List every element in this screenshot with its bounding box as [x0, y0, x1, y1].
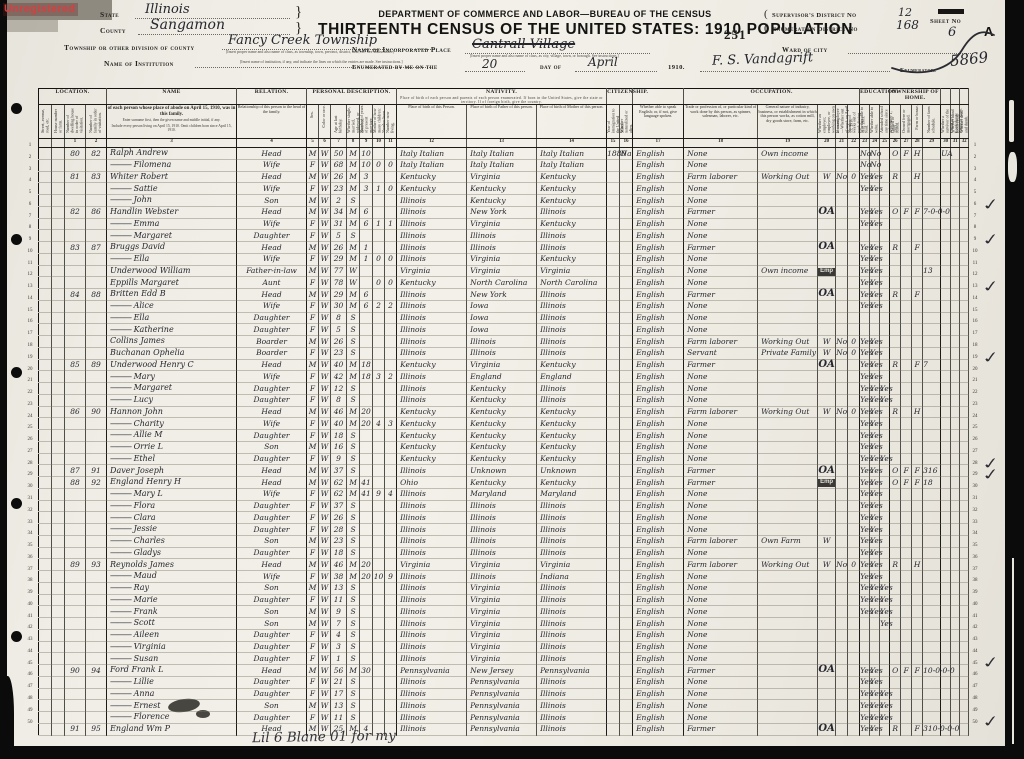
- ditto-mark: ———: [110, 195, 131, 204]
- cell-blind: [951, 383, 960, 395]
- cell-age: 77: [331, 265, 347, 277]
- cell-pobm: Illinois: [537, 500, 607, 512]
- cell-street: [39, 641, 52, 653]
- cell-ow: [836, 512, 848, 524]
- cell-imm: [607, 629, 620, 641]
- cell-name: ——— Ethel: [107, 453, 237, 465]
- cell-pobm: Illinois: [537, 700, 607, 712]
- cell-wr: Yes: [870, 676, 880, 688]
- cell-pobf: Virginia: [467, 629, 537, 641]
- cell-nat: [620, 641, 633, 653]
- cell-own: [890, 300, 901, 312]
- name-header-text: of each person whose place of abode on A…: [107, 106, 236, 117]
- cell-yrs: [360, 324, 373, 336]
- cell-trade: None: [684, 582, 758, 594]
- line-number: 20: [969, 367, 981, 379]
- cell-cb: 9: [373, 488, 385, 500]
- cell-rel: Father-in-law: [237, 265, 307, 277]
- cell-nat: [620, 571, 633, 583]
- cell-street: [39, 582, 52, 594]
- cell-mar: M: [347, 242, 360, 254]
- line-number: 17: [969, 331, 981, 343]
- cell-fam: [86, 253, 107, 265]
- cell-blind: [951, 582, 960, 594]
- cell-emp: [818, 218, 836, 230]
- cell-pob: Illinois: [397, 300, 467, 312]
- line-number: 32: [969, 508, 981, 520]
- cell-blind: [951, 465, 960, 477]
- census-row: ——— EllaDaughterFW8SIllinoisIowaIllinois…: [39, 312, 969, 324]
- cell-cl: [385, 712, 397, 724]
- cell-imm: [607, 618, 620, 630]
- cell-cb: [373, 500, 385, 512]
- cell-ind: [758, 195, 818, 207]
- cell-cb: [373, 359, 385, 371]
- cell-ind: [758, 618, 818, 630]
- cell-deaf: [960, 383, 969, 395]
- cell-fs: [923, 171, 941, 183]
- cell-dw: [65, 394, 86, 406]
- cell-trade: Farmer: [684, 465, 758, 477]
- cell-cl: [385, 606, 397, 618]
- cell-fam: 89: [86, 359, 107, 371]
- cell-street: [39, 336, 52, 348]
- cell-ind: [758, 159, 818, 171]
- cell-emp: OA: [818, 723, 836, 735]
- cell-fh: H: [912, 171, 923, 183]
- cell-vet: [941, 289, 951, 301]
- cell-pobf: Kentucky: [467, 453, 537, 465]
- cell-street: [39, 524, 52, 536]
- cell-street: [39, 712, 52, 724]
- scan-corner-shadow-2: [0, 20, 58, 32]
- cell-pobm: Illinois: [537, 582, 607, 594]
- cell-trade: None: [684, 594, 758, 606]
- cell-street: [39, 406, 52, 418]
- cell-name: ——— Mary: [107, 371, 237, 383]
- cell-nat: [620, 312, 633, 324]
- cell-name: ——— Katherine: [107, 324, 237, 336]
- cell-blind: [951, 394, 960, 406]
- cell-rd: No: [860, 148, 870, 160]
- cell-pob: Illinois: [397, 606, 467, 618]
- line-number-rail-left: 1234567891011121314151617181920212223242…: [24, 143, 36, 731]
- cell-lang: English: [633, 653, 684, 665]
- cell-fs: [923, 512, 941, 524]
- cell-wks: [848, 359, 860, 371]
- cell-lang: English: [633, 183, 684, 195]
- cell-nat: [620, 418, 633, 430]
- census-row: ——— CharityWifeFW40M2043KentuckyKentucky…: [39, 418, 969, 430]
- cell-ow: [836, 230, 848, 242]
- cell-own: O: [890, 465, 901, 477]
- cell-pobm: Kentucky: [537, 171, 607, 183]
- cell-trade: None: [684, 688, 758, 700]
- cell-ind: [758, 312, 818, 324]
- cell-sex: F: [307, 629, 319, 641]
- cell-wr: Yes: [870, 559, 880, 571]
- cell-fam: [86, 606, 107, 618]
- cell-house: [52, 206, 65, 218]
- cell-cl: 3: [385, 418, 397, 430]
- cell-sex: M: [307, 582, 319, 594]
- cell-deaf: [960, 195, 969, 207]
- cell-sc: Yes: [880, 712, 890, 724]
- line-number: 48: [24, 696, 36, 708]
- cell-yrs: [360, 594, 373, 606]
- cell-pobm: Unknown: [537, 465, 607, 477]
- cell-cb: [373, 430, 385, 442]
- cell-age: 4: [331, 629, 347, 641]
- year-label: 1910.: [668, 64, 685, 71]
- cell-blind: [951, 418, 960, 430]
- cell-vet: [941, 230, 951, 242]
- cell-wr: Yes: [870, 535, 880, 547]
- cell-pobm: Illinois: [537, 512, 607, 524]
- cell-ind: [758, 418, 818, 430]
- cell-name: Collins James: [107, 336, 237, 348]
- cell-dw: [65, 547, 86, 559]
- cell-ow: [836, 359, 848, 371]
- cell-fm: [901, 488, 912, 500]
- cell-nat: [620, 653, 633, 665]
- cell-wks: [848, 547, 860, 559]
- cell-pob: Kentucky: [397, 453, 467, 465]
- cell-trade: None: [684, 195, 758, 207]
- cell-nat: [620, 629, 633, 641]
- cell-sex: M: [307, 148, 319, 160]
- cell-pobm: Illinois: [537, 300, 607, 312]
- cell-ow: [836, 653, 848, 665]
- line-number: 4: [969, 178, 981, 190]
- county-value: Sangamon: [150, 17, 225, 33]
- cell-deaf: [960, 665, 969, 677]
- cell-wks: [848, 195, 860, 207]
- cell-pob: Illinois: [397, 629, 467, 641]
- cell-fs: [923, 641, 941, 653]
- cell-cl: [385, 618, 397, 630]
- cell-blind: [951, 206, 960, 218]
- column-header-deaf: Whether deaf and dumb.: [960, 105, 969, 139]
- cell-rd: Yes: [860, 594, 870, 606]
- cell-house: [52, 606, 65, 618]
- cell-fs: 10-0-0-0: [923, 665, 941, 677]
- cell-imm: [607, 700, 620, 712]
- cell-blind: [951, 547, 960, 559]
- cell-trade: None: [684, 253, 758, 265]
- cell-pob: Kentucky: [397, 359, 467, 371]
- cell-cb: [373, 559, 385, 571]
- cell-imm: [607, 324, 620, 336]
- line-number: 28: [969, 461, 981, 473]
- cell-vet: [941, 265, 951, 277]
- cell-fs: [923, 547, 941, 559]
- cell-pobf: Kentucky: [467, 183, 537, 195]
- cell-house: [52, 441, 65, 453]
- cell-emp: [818, 383, 836, 395]
- cell-emp: [818, 700, 836, 712]
- cell-lang: English: [633, 418, 684, 430]
- cell-blind: [951, 688, 960, 700]
- cell-lang: English: [633, 206, 684, 218]
- cell-fam: [86, 676, 107, 688]
- cell-sex: F: [307, 524, 319, 536]
- cell-cl: 0: [385, 277, 397, 289]
- cell-wr: Yes: [870, 218, 880, 230]
- cell-rel: Daughter: [237, 500, 307, 512]
- cell-imm: [607, 371, 620, 383]
- cell-rel: Son: [237, 618, 307, 630]
- cell-emp: [818, 712, 836, 724]
- cell-dw: 91: [65, 723, 86, 735]
- cell-rel: Head: [237, 289, 307, 301]
- cell-rel: Head: [237, 206, 307, 218]
- cell-fm: [901, 289, 912, 301]
- cell-age: 34: [331, 206, 347, 218]
- cell-name: ——— Ella: [107, 312, 237, 324]
- cell-vet: [941, 430, 951, 442]
- cell-color: W: [319, 371, 331, 383]
- cell-nat: [620, 441, 633, 453]
- cell-fam: 87: [86, 242, 107, 254]
- cell-color: W: [319, 535, 331, 547]
- cell-yrs: [360, 512, 373, 524]
- cell-rd: Yes: [860, 571, 870, 583]
- cell-rd: Yes: [860, 206, 870, 218]
- line-number: 32: [24, 508, 36, 520]
- cell-lang: English: [633, 265, 684, 277]
- line-number: 35: [24, 543, 36, 555]
- cell-color: W: [319, 383, 331, 395]
- cell-mar: S: [347, 629, 360, 641]
- cell-pob: Illinois: [397, 700, 467, 712]
- cell-mar: M: [347, 159, 360, 171]
- cell-nat: [620, 430, 633, 442]
- cell-fs: [923, 148, 941, 160]
- cell-sc: [880, 312, 890, 324]
- cell-color: W: [319, 406, 331, 418]
- cell-cl: [385, 453, 397, 465]
- line-number-rail-right: 1234567891011121314151617181920212223242…: [969, 143, 981, 731]
- line-number: 11: [969, 261, 981, 273]
- cell-wr: Yes: [870, 571, 880, 583]
- cell-lang: English: [633, 195, 684, 207]
- cell-mar: M: [347, 488, 360, 500]
- cell-fam: [86, 324, 107, 336]
- cell-fam: [86, 547, 107, 559]
- cell-sc: [880, 230, 890, 242]
- cell-pobf: Virginia: [467, 171, 537, 183]
- cell-mar: S: [347, 347, 360, 359]
- cell-wks: [848, 512, 860, 524]
- cell-wr: Yes: [870, 665, 880, 677]
- cell-age: 38: [331, 571, 347, 583]
- cell-fs: [923, 253, 941, 265]
- cell-trade: Farm laborer: [684, 535, 758, 547]
- cell-own: [890, 277, 901, 289]
- column-number: 24: [870, 139, 880, 148]
- cell-ow: [836, 488, 848, 500]
- cell-imm: [607, 641, 620, 653]
- cell-fs: [923, 336, 941, 348]
- cell-ow: [836, 265, 848, 277]
- line-number: 2: [24, 155, 36, 167]
- cell-sex: F: [307, 512, 319, 524]
- cell-color: W: [319, 712, 331, 724]
- cell-color: W: [319, 183, 331, 195]
- cell-fs: [923, 347, 941, 359]
- cell-rd: [860, 641, 870, 653]
- column-group-header: RELATION.: [237, 89, 307, 105]
- line-number: 10: [24, 249, 36, 261]
- cell-lang: English: [633, 700, 684, 712]
- column-number: 8: [347, 139, 360, 148]
- cell-cb: [373, 477, 385, 489]
- cell-pob: Illinois: [397, 465, 467, 477]
- cell-street: [39, 488, 52, 500]
- cell-fh: [912, 312, 923, 324]
- line-number: 9: [24, 237, 36, 249]
- column-header-cl: Number now living.: [385, 105, 397, 139]
- cell-sex: M: [307, 406, 319, 418]
- cell-mar: S: [347, 653, 360, 665]
- cell-fam: [86, 512, 107, 524]
- cell-imm: [607, 524, 620, 536]
- cell-imm: [607, 383, 620, 395]
- cell-blind: [951, 195, 960, 207]
- cell-wr: Yes: [870, 430, 880, 442]
- cell-yrs: 6: [360, 206, 373, 218]
- cell-rd: Yes: [860, 289, 870, 301]
- cell-emp: [818, 629, 836, 641]
- column-group-header: PERSONAL DESCRIPTION.: [307, 89, 397, 105]
- cell-wr: Yes: [870, 359, 880, 371]
- column-header-yrs: Number of years of present marriage.: [360, 105, 373, 139]
- cell-nat: [620, 218, 633, 230]
- column-header-age: Age at last birthday.: [331, 105, 347, 139]
- cell-color: W: [319, 688, 331, 700]
- cell-street: [39, 148, 52, 160]
- cell-color: W: [319, 618, 331, 630]
- cell-pobf: Pennsylvania: [467, 688, 537, 700]
- cell-fs: [923, 371, 941, 383]
- cell-vet: [941, 441, 951, 453]
- cell-fs: [923, 418, 941, 430]
- cell-rel: Daughter: [237, 641, 307, 653]
- cell-fh: [912, 535, 923, 547]
- cell-trade: None: [684, 277, 758, 289]
- cell-vet: [941, 571, 951, 583]
- cell-fam: [86, 582, 107, 594]
- cell-rd: Yes: [860, 218, 870, 230]
- cell-ind: Working Out: [758, 336, 818, 348]
- line-number: 42: [24, 625, 36, 637]
- line-number: 45: [969, 661, 981, 673]
- column-header-fam: Number of family in order of visitation.: [86, 105, 107, 139]
- cell-nat: [620, 535, 633, 547]
- cell-yrs: [360, 453, 373, 465]
- column-header-color: Color or race.: [319, 105, 331, 139]
- cell-fs: 310-0-0-0: [923, 723, 941, 735]
- line-number: 41: [24, 614, 36, 626]
- cell-color: W: [319, 277, 331, 289]
- cell-house: [52, 524, 65, 536]
- cell-yrs: 20: [360, 418, 373, 430]
- cell-rd: [860, 324, 870, 336]
- cell-pobf: Illinois: [467, 571, 537, 583]
- cell-cl: [385, 383, 397, 395]
- cell-sc: Yes: [880, 582, 890, 594]
- cell-fam: [86, 641, 107, 653]
- cell-blind: [951, 406, 960, 418]
- cell-blind: [951, 289, 960, 301]
- cell-color: W: [319, 159, 331, 171]
- cell-vet: [941, 688, 951, 700]
- cell-nat: [620, 512, 633, 524]
- cell-name: ——— Anna: [107, 688, 237, 700]
- cell-dw: [65, 594, 86, 606]
- cell-deaf: [960, 594, 969, 606]
- line-number: 27: [24, 449, 36, 461]
- cell-sex: M: [307, 535, 319, 547]
- cell-lang: English: [633, 500, 684, 512]
- cell-pobf: Pennsylvania: [467, 723, 537, 735]
- cell-pobm: Kentucky: [537, 218, 607, 230]
- cell-cl: 2: [385, 300, 397, 312]
- employer-stamp: Emp: [818, 479, 835, 487]
- cell-wr: Yes: [870, 441, 880, 453]
- cell-emp: [818, 195, 836, 207]
- cell-own: O: [890, 477, 901, 489]
- census-row: 8690Hannon JohnHeadMW46M20KentuckyKentuc…: [39, 406, 969, 418]
- cell-sex: M: [307, 665, 319, 677]
- cell-wr: No: [870, 159, 880, 171]
- cell-nat: [620, 676, 633, 688]
- cell-trade: Farmer: [684, 477, 758, 489]
- cell-fm: [901, 183, 912, 195]
- cell-mar: M: [347, 359, 360, 371]
- cell-pobm: Kentucky: [537, 406, 607, 418]
- cell-house: [52, 571, 65, 583]
- cell-fm: [901, 253, 912, 265]
- cell-lang: English: [633, 253, 684, 265]
- cell-pobm: England: [537, 371, 607, 383]
- cell-vet: [941, 618, 951, 630]
- line-number: 13: [969, 284, 981, 296]
- cell-wr: Yes: [870, 406, 880, 418]
- cell-ow: [836, 312, 848, 324]
- cell-cb: [373, 618, 385, 630]
- cell-dw: [65, 430, 86, 442]
- cell-fs: [923, 618, 941, 630]
- cell-deaf: [960, 524, 969, 536]
- cell-age: 3: [331, 641, 347, 653]
- cell-lang: English: [633, 512, 684, 524]
- cell-rd: [860, 653, 870, 665]
- cell-imm: [607, 665, 620, 677]
- census-row: ——— JessieDaughterFW28SIllinoisIllinoisI…: [39, 524, 969, 536]
- cell-color: W: [319, 676, 331, 688]
- cell-mar: M: [347, 148, 360, 160]
- cell-trade: None: [684, 676, 758, 688]
- cell-wr: Yes: [870, 500, 880, 512]
- cell-deaf: [960, 430, 969, 442]
- cell-fh: F: [912, 359, 923, 371]
- cell-street: [39, 289, 52, 301]
- cell-nat: [620, 195, 633, 207]
- cell-wks: [848, 665, 860, 677]
- cell-deaf: [960, 171, 969, 183]
